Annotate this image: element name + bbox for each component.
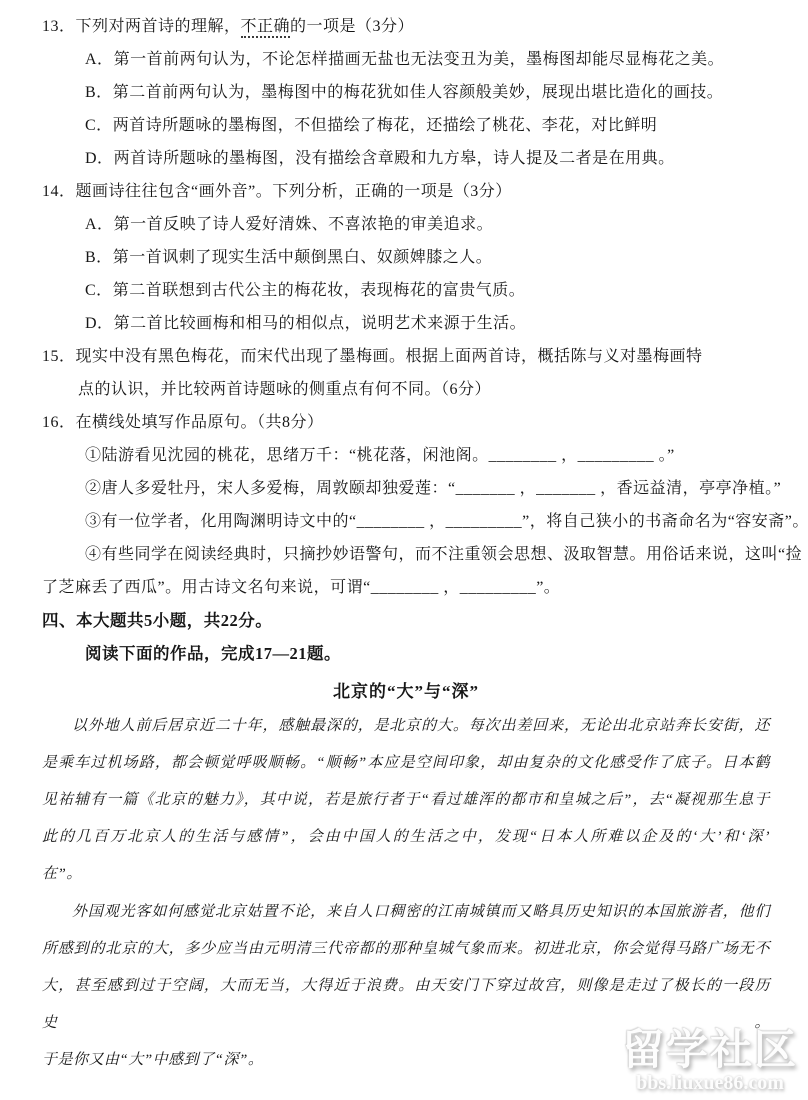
option-text: 两首诗所题咏的墨梅图，不但描绘了梅花，还描绘了桃花、李花，对比鲜明 bbox=[113, 117, 658, 134]
question-15-number: 15． bbox=[42, 348, 76, 365]
question-13-pre: 下列对两首诗的理解， bbox=[76, 18, 241, 35]
exam-page: 13．下列对两首诗的理解，不正确的一项是（3分） A．第一首前两句认为，不论怎样… bbox=[0, 0, 808, 1100]
essay: 北京的“大”与“深” 以外地人前后居京近二十年，感触最深的，是北京的大。每次出差… bbox=[42, 675, 770, 1079]
question-15-line-2: 点的认识，并比较两首诗题咏的侧重点有何不同。（6分） bbox=[42, 373, 770, 406]
question-16-item-1: ①陆游看见沈园的桃花，思绪万千：“桃花落，闲池阁。________ ，_____… bbox=[42, 439, 770, 472]
question-14: 14．题画诗往往包含“画外音”。下列分析，正确的一项是（3分） A．第一首反映了… bbox=[42, 175, 770, 340]
option-text: 两首诗所题咏的墨梅图，没有描绘含章殿和九方皋，诗人提及二者是在用典。 bbox=[114, 150, 675, 167]
question-16-stem: 16．在横线处填写作品原句。（共8分） bbox=[42, 406, 770, 439]
question-15-text: 现实中没有黑色梅花，而宋代出现了墨梅画。根据上面两首诗，概括陈与义对墨梅画特 bbox=[76, 348, 703, 365]
option-text: 第一首前两句认为，不论怎样描画无盐也无法变丑为美，墨梅图却能尽显梅花之美。 bbox=[114, 51, 725, 68]
section-4: 四、本大题共5小题，共22分。 阅读下面的作品，完成17—21题。 bbox=[42, 604, 770, 670]
question-15: 15．现实中没有黑色梅花，而宋代出现了墨梅画。根据上面两首诗，概括陈与义对墨梅画… bbox=[42, 340, 770, 406]
question-14-text: 题画诗往往包含“画外音”。下列分析，正确的一项是（3分） bbox=[76, 183, 512, 200]
question-16-text: 在横线处填写作品原句。（共8分） bbox=[76, 414, 324, 431]
question-14-option-d: D．第二首比较画梅和相马的相似点，说明艺术来源于生活。 bbox=[42, 307, 770, 340]
option-label: B． bbox=[85, 249, 113, 266]
essay-line: 所感到的北京的大，多少应当由元明清三代帝都的那种皇城气象而来。初进北京，你会觉得… bbox=[42, 931, 770, 968]
watermark-site-name: 留学社区 bbox=[622, 1029, 798, 1073]
section-4-heading: 四、本大题共5小题，共22分。 bbox=[42, 604, 770, 637]
option-label: C． bbox=[85, 117, 113, 134]
question-16-item-4-line-1: ④有些同学在阅读经典时，只摘抄妙语警句，而不注重领会思想、汲取智慧。用俗话来说，… bbox=[42, 538, 770, 571]
question-13-option-a: A．第一首前两句认为，不论怎样描画无盐也无法变丑为美，墨梅图却能尽显梅花之美。 bbox=[42, 43, 770, 76]
essay-line: 在”。 bbox=[42, 856, 770, 893]
option-text: 第一首反映了诗人爱好清姝、不喜浓艳的审美追求。 bbox=[114, 216, 494, 233]
question-13-post: 的一项是（3分） bbox=[290, 18, 414, 35]
option-label: D． bbox=[85, 150, 114, 167]
question-13-option-b: B．第二首前两句认为，墨梅图中的梅花犹如佳人容颜般美妙，展现出堪比造化的画技。 bbox=[42, 76, 770, 109]
question-15-line-1: 15．现实中没有黑色梅花，而宋代出现了墨梅画。根据上面两首诗，概括陈与义对墨梅画… bbox=[42, 340, 770, 373]
essay-line: 是乘车过机场路，都会顿觉呼吸顺畅。“顺畅”本应是空间印象，却由复杂的文化感受作了… bbox=[42, 745, 770, 782]
question-13-stem: 13．下列对两首诗的理解，不正确的一项是（3分） bbox=[42, 10, 770, 43]
essay-line: 见祐辅有一篇《北京的魅力》，其中说，若是旅行者于“看过雄浑的都市和皇城之后”，去… bbox=[42, 782, 770, 819]
question-16-item-2: ②唐人多爱牡丹，宋人多爱梅，周敦颐却独爱莲：“_______ ，_______ … bbox=[42, 472, 770, 505]
question-13-option-d: D．两首诗所题咏的墨梅图，没有描绘含章殿和九方皋，诗人提及二者是在用典。 bbox=[42, 142, 770, 175]
question-16-number: 16． bbox=[42, 414, 76, 431]
option-label: B． bbox=[85, 84, 113, 101]
question-14-option-b: B．第一首讽刺了现实生活中颠倒黑白、奴颜婢膝之人。 bbox=[42, 241, 770, 274]
option-label: A． bbox=[85, 51, 114, 68]
option-label: C． bbox=[85, 282, 113, 299]
question-16-item-3: ③有一位学者，化用陶渊明诗文中的“________ ，_________”，将自… bbox=[42, 505, 770, 538]
watermark-site-url: bbs.liuxue86.com bbox=[622, 1073, 798, 1094]
option-text: 第一首讽刺了现实生活中颠倒黑白、奴颜婢膝之人。 bbox=[113, 249, 493, 266]
question-14-option-a: A．第一首反映了诗人爱好清姝、不喜浓艳的审美追求。 bbox=[42, 208, 770, 241]
essay-line: 外国观光客如何感觉北京姑置不论，来自人口稠密的江南城镇而又略具历史知识的本国旅游… bbox=[42, 894, 770, 931]
question-13-option-c: C．两首诗所题咏的墨梅图，不但描绘了梅花，还描绘了桃花、李花，对比鲜明 bbox=[42, 109, 770, 142]
question-14-option-c: C．第二首联想到古代公主的梅花妆，表现梅花的富贵气质。 bbox=[42, 274, 770, 307]
question-13-number: 13． bbox=[42, 18, 76, 35]
essay-line: 此的几百万北京人的生活与感情”，会由中国人的生活之中，发现“日本人所难以企及的‘… bbox=[42, 819, 770, 856]
question-16: 16．在横线处填写作品原句。（共8分） ①陆游看见沈园的桃花，思绪万千：“桃花落… bbox=[42, 406, 770, 604]
option-label: D． bbox=[85, 315, 114, 332]
essay-line: 以外地人前后居京近二十年，感触最深的，是北京的大。每次出差回来，无论出北京站奔长… bbox=[42, 708, 770, 745]
essay-title: 北京的“大”与“深” bbox=[42, 675, 770, 708]
question-16-item-4-line-2: 了芝麻丢了西瓜”。用古诗文名句来说，可谓“________ ，_________… bbox=[42, 571, 770, 604]
essay-paragraph-1: 以外地人前后居京近二十年，感触最深的，是北京的大。每次出差回来，无论出北京站奔长… bbox=[42, 708, 770, 893]
question-13-emphasized-text: 不正确 bbox=[241, 18, 291, 38]
option-text: 第二首比较画梅和相马的相似点，说明艺术来源于生活。 bbox=[114, 315, 527, 332]
option-text: 第二首联想到古代公主的梅花妆，表现梅花的富贵气质。 bbox=[113, 282, 526, 299]
option-label: A． bbox=[85, 216, 114, 233]
section-4-instruction: 阅读下面的作品，完成17—21题。 bbox=[42, 637, 770, 670]
option-text: 第二首前两句认为，墨梅图中的梅花犹如佳人容颜般美妙，展现出堪比造化的画技。 bbox=[113, 84, 724, 101]
question-14-stem: 14．题画诗往往包含“画外音”。下列分析，正确的一项是（3分） bbox=[42, 175, 770, 208]
question-14-number: 14． bbox=[42, 183, 76, 200]
question-13: 13．下列对两首诗的理解，不正确的一项是（3分） A．第一首前两句认为，不论怎样… bbox=[42, 10, 770, 175]
watermark: 留学社区 bbs.liuxue86.com bbox=[622, 1029, 798, 1094]
